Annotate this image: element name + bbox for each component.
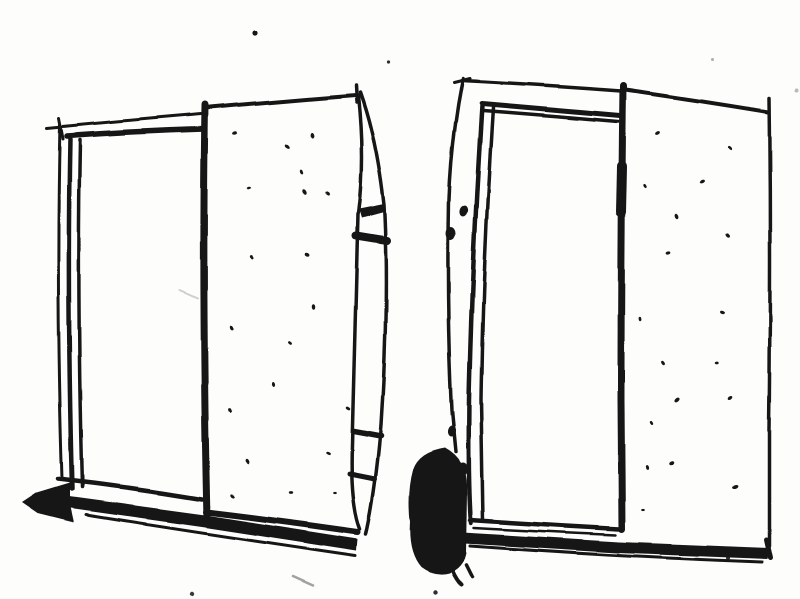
left-cabinet (22, 85, 387, 556)
faint-pencil-marks (180, 290, 313, 586)
left-cast-shadow (22, 483, 74, 523)
speckle-dot (227, 407, 232, 413)
right-shadow-drip (466, 565, 472, 577)
stray-ink-dot (386, 60, 389, 63)
right-cast-shadow (409, 448, 472, 585)
speckle-dot (699, 179, 705, 184)
speckle-dot (674, 214, 679, 220)
stray-ink-dot (252, 30, 257, 35)
speckle-dot (645, 465, 649, 470)
speckle-dot (289, 492, 293, 495)
left-hinge-bracket-upper (354, 431, 381, 436)
stray-ink-dot (190, 592, 194, 596)
left-panel-left-edge (204, 105, 207, 520)
right-frame-sill (470, 520, 619, 529)
right-base (454, 532, 770, 562)
speckle-dot (727, 395, 733, 401)
speckle-dot (333, 492, 337, 494)
left-sliding-panel (204, 85, 362, 532)
stray-ink-dot (726, 556, 730, 560)
speckle-dot (725, 232, 730, 238)
speckle-dot (325, 451, 331, 455)
speckle-dot (232, 131, 238, 136)
right-panel-right-edge (769, 98, 770, 546)
speckle-dot (311, 132, 316, 139)
speckle-dot (674, 397, 681, 404)
speckle-dot (300, 169, 305, 175)
speckle-dot (668, 460, 675, 466)
speckle-dot (643, 182, 648, 187)
right-outer-top-edge (462, 81, 621, 91)
left-panel-speckle-dots (227, 131, 351, 499)
speckle-dot (304, 253, 310, 258)
faint-pencil-stroke (293, 577, 313, 586)
right-panel-top-edge (625, 90, 768, 112)
stray-ink-dot (712, 59, 715, 62)
stray-ink-dot (795, 88, 799, 92)
right-cabinet (409, 79, 770, 585)
hinge-dot (459, 205, 470, 218)
right-door-frame (469, 104, 620, 535)
speckle-dot (283, 144, 290, 150)
stray-ink-specks (190, 30, 799, 596)
right-shadow-drip (452, 571, 461, 585)
speckle-dot (641, 509, 645, 511)
speckle-dot (287, 341, 292, 346)
speckle-dot (660, 360, 665, 366)
left-frame-left-outer (69, 138, 72, 489)
stray-ink-dot (433, 590, 437, 594)
speckle-dot (655, 130, 661, 135)
right-outer-left-edge (448, 79, 463, 452)
left-panel-top-edge (205, 95, 356, 108)
left-outer-top-edge (47, 114, 201, 128)
speckle-dot (230, 325, 235, 331)
faint-pencil-stroke (180, 290, 198, 298)
left-frame-left-inner (79, 140, 82, 487)
sketch-canvas (0, 0, 800, 599)
right-shadow-blob (409, 448, 467, 574)
left-hinge-flag (359, 204, 384, 218)
speckle-dot (271, 382, 275, 387)
left-frame-top (67, 129, 204, 136)
right-frame-left-inner (481, 108, 493, 521)
hinge-dot (446, 228, 456, 241)
speckle-dot (250, 254, 254, 260)
speckle-dot (665, 251, 670, 255)
speckle-dot (302, 188, 308, 195)
right-panel-left-edge (621, 86, 623, 529)
speckle-dot (650, 420, 655, 425)
speckle-dot (719, 310, 725, 315)
right-frame-left-outer (469, 106, 482, 523)
speckle-dot (727, 145, 733, 151)
left-side-outer-edge (360, 92, 386, 534)
right-panel-edge-blob (621, 166, 622, 212)
speckle-dot (311, 304, 315, 310)
speckle-dot (638, 316, 641, 321)
speckle-dot (715, 362, 719, 365)
left-panel-right-edge (352, 95, 362, 529)
left-frame-sill (58, 479, 202, 499)
speckle-dot (325, 190, 331, 196)
right-sliding-panel (621, 86, 770, 546)
left-hinge-bracket-lower (350, 474, 375, 479)
speckle-dot (244, 458, 249, 464)
speckle-dot (732, 484, 739, 490)
left-outer-left-edge (58, 124, 62, 479)
speckle-dot (345, 406, 351, 411)
left-hinge-bar (356, 236, 387, 241)
speckle-dot (229, 493, 235, 499)
left-door-frame (58, 129, 204, 499)
right-panel-speckle-dots (638, 130, 738, 511)
speckle-dot (246, 186, 250, 189)
sketch-page: { "description": "Hand-drawn black ink s… (0, 0, 800, 599)
